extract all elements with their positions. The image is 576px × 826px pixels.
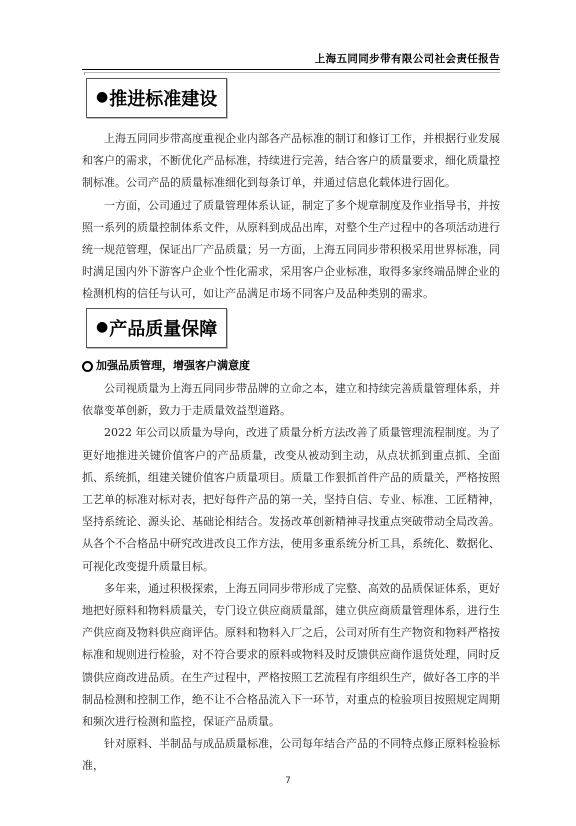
- paragraph: 2022 年公司以质量为导向，改进了质量分析方法改善了质量管理流程制度。为了更好…: [82, 422, 500, 577]
- sub-heading: 加强品质管理，增强客户满意度: [82, 358, 250, 374]
- section-body-standards: 上海五同同步带高度重视企业内部各产品标准的制订和修订工作，并根据行业发展和客户的…: [82, 128, 500, 306]
- section-body-quality: 公司视质量为上海五同同步带品牌的立命之本，建立和持续完善质量管理体系，并依靠变革…: [82, 378, 500, 778]
- sub-heading-text: 加强品质管理，增强客户满意度: [96, 358, 250, 374]
- header-rule-shadow: [84, 72, 500, 75]
- paragraph: 上海五同同步带高度重视企业内部各产品标准的制订和修订工作，并根据行业发展和客户的…: [82, 128, 500, 195]
- page-number: 7: [0, 776, 576, 786]
- section-heading-text: 推进标准建设: [109, 85, 217, 111]
- paragraph: 公司视质量为上海五同同步带品牌的立命之本，建立和持续完善质量管理体系，并依靠变革…: [82, 378, 500, 422]
- paragraph: 针对原料、半制品与成品质量标准，公司每年结合产品的不同特点修正原料检验标准，: [82, 733, 500, 777]
- running-header: 上海五同同步带有限公司社会责任报告: [82, 52, 500, 70]
- paragraph: 一方面，公司通过了质量管理体系认证，制定了多个规章制度及作业指导书，并按照一系列…: [82, 195, 500, 306]
- report-title: 上海五同同步带有限公司社会责任报告: [315, 53, 500, 65]
- ring-icon: [82, 361, 93, 372]
- document-page: 上海五同同步带有限公司社会责任报告 ● 推进标准建设 上海五同同步带高度重视企业…: [0, 0, 576, 826]
- section-heading-quality: ● 产品质量保障: [86, 308, 227, 348]
- section-heading-text: 产品质量保障: [109, 315, 217, 341]
- section-heading-standards: ● 推进标准建设: [86, 78, 227, 118]
- bullet-icon: ●: [96, 319, 108, 335]
- bullet-icon: ●: [96, 89, 108, 105]
- paragraph: 多年来，通过积极探索，上海五同同步带形成了完整、高效的品质保证体系，更好地把好原…: [82, 578, 500, 733]
